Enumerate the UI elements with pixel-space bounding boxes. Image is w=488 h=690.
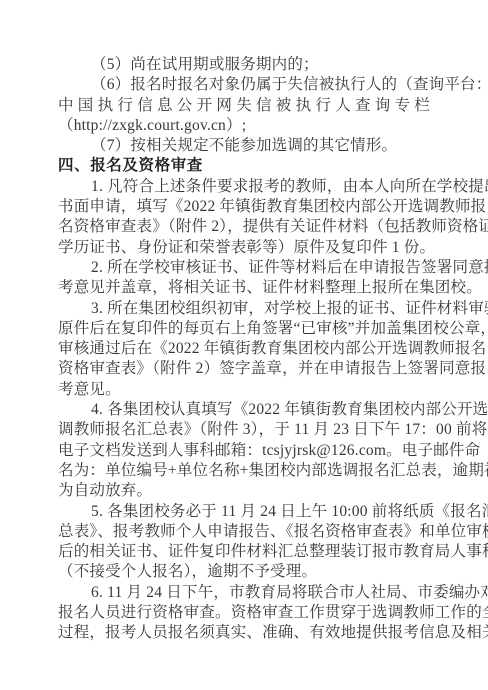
text-line: 为自动放弃。 xyxy=(58,481,464,501)
text-line: 报名人员进行资格审查。资格审查工作贯穿于选调教师工作的全 xyxy=(58,603,464,623)
text-line: （6）报名时报名对象仍属于失信被执行人的（查询平台： xyxy=(58,75,464,95)
text-line: 3. 所在集团校组织初审，对学校上报的证书、证件材料审验 xyxy=(58,299,464,319)
document-body: （5）尚在试用期或服务期内的；（6）报名时报名对象仍属于失信被执行人的（查询平台… xyxy=(58,55,464,644)
text-line: 调教师报名汇总表》（附件 3），于 11 月 23 日下午 17：00 前将 xyxy=(58,420,464,440)
text-line: 过程，报考人员报名须真实、准确、有效地提供报考信息及相关 xyxy=(58,623,464,643)
text-line: 后的相关证书、证件复印件材料汇总整理装订报市教育局人事科 xyxy=(58,542,464,562)
text-line: 资格审查表》（附件 2）签字盖章，并在申请报告上签署同意报 xyxy=(58,359,464,379)
text-line: 学历证书、身份证和荣誉表彰等）原件及复印件 1 份。 xyxy=(58,238,464,258)
text-line: 名为：单位编号+单位名称+集团校内部选调报名汇总表，逾期视 xyxy=(58,461,464,481)
section-heading: 四、报名及资格审查 xyxy=(58,156,464,176)
text-line: 名资格审查表》（附件 2），提供有关证件材料（包括教师资格证、 xyxy=(58,217,464,237)
text-line: 2. 所在学校审核证书、证件等材料后在申请报告签署同意报 xyxy=(58,258,464,278)
text-line: （7）按相关规定不能参加选调的其它情形。 xyxy=(58,136,464,156)
text-line: 6. 11 月 24 日下午，市教育局将联合市人社局、市委编办对 xyxy=(58,583,464,603)
text-line: 审核通过后在《2022 年镇街教育集团校内部公开选调教师报名 xyxy=(58,339,464,359)
text-line: 考意见。 xyxy=(58,380,464,400)
text-line: 中国执行信息公开网失信被执行人查询专栏 xyxy=(58,96,464,116)
text-line: 1. 凡符合上述条件要求报考的教师，由本人向所在学校提出 xyxy=(58,177,464,197)
document-page: （5）尚在试用期或服务期内的；（6）报名时报名对象仍属于失信被执行人的（查询平台… xyxy=(0,0,488,690)
text-line: 4. 各集团校认真填写《2022 年镇街教育集团校内部公开选 xyxy=(58,400,464,420)
text-line: 考意见并盖章，将相关证书、证件材料整理上报所在集团校。 xyxy=(58,278,464,298)
text-line: （不接受个人报名），逾期不予受理。 xyxy=(58,562,464,582)
text-line: 原件后在复印件的每页右上角签署“已审核”并加盖集团校公章， xyxy=(58,319,464,339)
text-line: （5）尚在试用期或服务期内的； xyxy=(58,55,464,75)
text-line: 总表》、报考教师个人申请报告、《报名资格审查表》和单位审核 xyxy=(58,522,464,542)
text-line: （http://zxgk.court.gov.cn）; xyxy=(58,116,464,136)
text-line: 电子文档发送到人事科邮箱：tcsjyjrsk@126.com。电子邮件命 xyxy=(58,441,464,461)
text-line: 5. 各集团校务必于 11 月 24 日上午 10:00 前将纸质《报名汇 xyxy=(58,502,464,522)
text-line: 书面申请，填写《2022 年镇街教育集团校内部公开选调教师报 xyxy=(58,197,464,217)
